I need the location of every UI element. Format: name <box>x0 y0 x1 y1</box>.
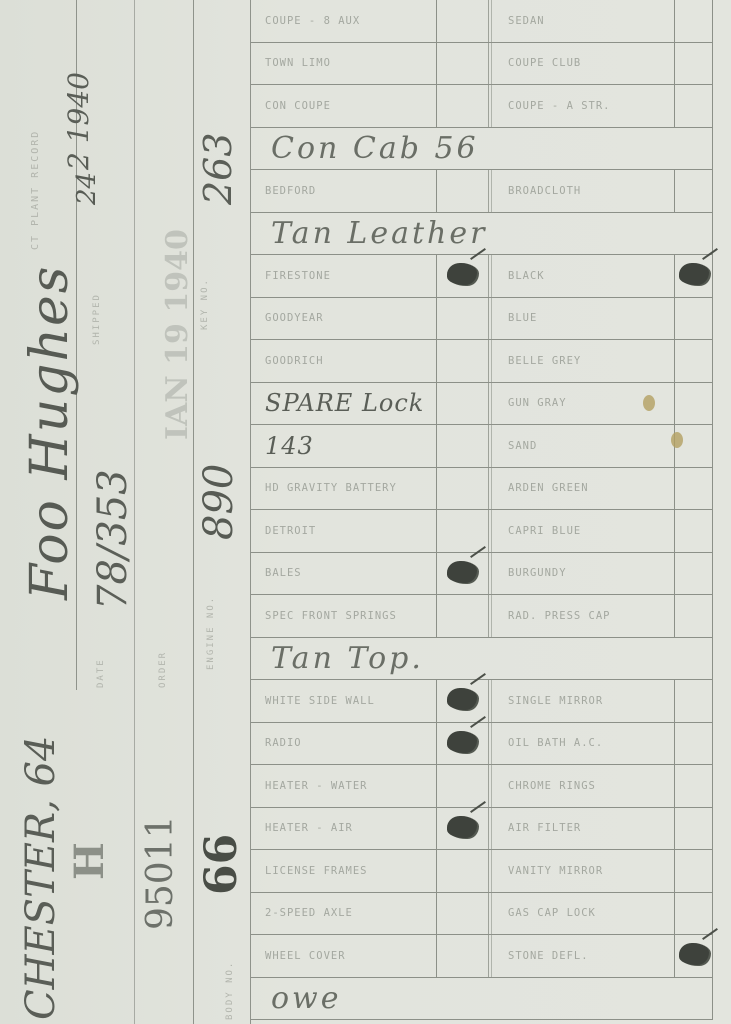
shipped-label: SHIPPED <box>92 293 102 345</box>
right-check-box <box>675 340 713 382</box>
options-grid: COUPE - 8 AUXSEDANTOWN LIMOCOUPE CLUBCON… <box>251 0 715 1024</box>
form-row: 2-SPEED AXLEGAS CAP LOCK <box>251 893 713 936</box>
right-check-box <box>675 638 713 680</box>
form-row: BEDFORDBROADCLOTH <box>251 170 713 213</box>
left-check-box <box>437 723 489 765</box>
right-check-box <box>675 893 713 935</box>
check-mark-icon <box>447 561 477 583</box>
option-label-left: DETROIT <box>251 510 437 552</box>
right-check-box <box>675 935 713 977</box>
left-check-box <box>437 808 489 850</box>
right-check-box <box>675 680 713 722</box>
right-check-box <box>675 723 713 765</box>
option-label-right: CHROME RINGS <box>491 765 675 807</box>
option-label-right: BURGUNDY <box>491 553 675 595</box>
form-row: RADIOOIL BATH A.C. <box>251 723 713 766</box>
option-label-left: BALES <box>251 553 437 595</box>
handwritten-number-d: 66 <box>196 834 247 895</box>
handwritten-number-b: 890 <box>196 464 242 540</box>
option-label-right: SAND <box>491 425 675 467</box>
left-check-box <box>437 425 489 467</box>
handwritten-entry: Tan Top. <box>271 638 424 680</box>
left-check-box <box>437 340 489 382</box>
option-label-left: WHEEL COVER <box>251 935 437 977</box>
right-check-box <box>675 978 713 1020</box>
left-check-box <box>437 255 489 297</box>
handwritten-name: Foo Hughes <box>20 265 80 600</box>
option-label-right: AIR FILTER <box>491 808 675 850</box>
left-check-box <box>437 383 489 425</box>
right-check-box <box>675 468 713 510</box>
right-check-box <box>675 128 713 170</box>
option-label-left: WHITE SIDE WALL <box>251 680 437 722</box>
handwritten-entry: owe <box>271 978 342 1020</box>
form-row: LICENSE FRAMESVANITY MIRROR <box>251 850 713 893</box>
option-label-left: 2-SPEED AXLE <box>251 893 437 935</box>
left-check-box <box>437 510 489 552</box>
left-check-box <box>437 893 489 935</box>
option-label-left: HD GRAVITY BATTERY <box>251 468 437 510</box>
left-check-box <box>437 765 489 807</box>
left-check-box <box>437 43 489 85</box>
option-label-right: BLACK <box>491 255 675 297</box>
left-check-box <box>437 680 489 722</box>
form-row: DETROITCAPRI BLUE <box>251 510 713 553</box>
check-mark-icon <box>447 263 477 285</box>
option-label-right: SINGLE MIRROR <box>491 680 675 722</box>
form-row: GOODYEARBLUE <box>251 298 713 341</box>
option-label-right: BROADCLOTH <box>491 170 675 212</box>
record-card: 2 1940 24 CT PLANT RECORD Foo Hughes 78/… <box>0 0 731 1024</box>
form-row: WHEEL COVERSTONE DEFL. <box>251 935 713 978</box>
option-label-left: CON COUPE <box>251 85 437 127</box>
left-check-box <box>437 850 489 892</box>
check-mark-icon <box>447 731 477 753</box>
form-row: HEATER - WATERCHROME RINGS <box>251 765 713 808</box>
option-label-left: TOWN LIMO <box>251 43 437 85</box>
form-row: SPEC FRONT SPRINGSRAD. PRESS CAP <box>251 595 713 638</box>
option-label-right: COUPE CLUB <box>491 43 675 85</box>
left-check-box <box>437 298 489 340</box>
form-row: WHITE SIDE WALLSINGLE MIRROR <box>251 680 713 723</box>
right-check-box <box>675 298 713 340</box>
option-label-right: OIL BATH A.C. <box>491 723 675 765</box>
option-label-right: ARDEN GREEN <box>491 468 675 510</box>
option-label-left: GOODRICH <box>251 340 437 382</box>
handwritten-option: 143 <box>251 425 437 467</box>
check-mark-icon <box>679 263 709 285</box>
date-label: DATE <box>96 658 106 688</box>
form-row: GOODRICHBELLE GREY <box>251 340 713 383</box>
option-label-right: SEDAN <box>491 0 675 42</box>
option-label-left: GOODYEAR <box>251 298 437 340</box>
stamp-date-mid: IAN 19 1940 <box>160 229 195 440</box>
left-check-box <box>437 0 489 42</box>
form-row: 143SAND <box>251 425 713 468</box>
handwritten-entry: Con Cab 56 <box>271 128 479 170</box>
check-mark-icon <box>679 943 709 965</box>
stamp-date-top: 2 1940 <box>62 72 95 170</box>
handwritten-entry: Tan Leather <box>271 213 487 255</box>
handwritten-dealer: CHESTER, 64 <box>18 736 64 1020</box>
form-row: HD GRAVITY BATTERYARDEN GREEN <box>251 468 713 511</box>
left-check-box <box>437 595 489 637</box>
right-check-box <box>675 808 713 850</box>
option-label-left: COUPE - 8 AUX <box>251 0 437 42</box>
right-check-box <box>675 765 713 807</box>
right-check-box <box>675 595 713 637</box>
right-check-box <box>675 510 713 552</box>
left-check-box <box>437 553 489 595</box>
key-no-label: KEY NO. <box>200 278 210 330</box>
option-label-left: BEDFORD <box>251 170 437 212</box>
serial-number: 95011 <box>140 815 181 930</box>
right-check-box <box>675 170 713 212</box>
form-row: FIRESTONEBLACK <box>251 255 713 298</box>
left-check-box <box>437 85 489 127</box>
form-row: TOWN LIMOCOUPE CLUB <box>251 43 713 86</box>
right-check-box <box>675 553 713 595</box>
form-row: owe <box>251 978 713 1021</box>
stamp-date-day: 24 <box>72 172 102 205</box>
right-check-box <box>675 383 713 425</box>
check-mark-icon <box>447 816 477 838</box>
form-row: BALESBURGUNDY <box>251 553 713 596</box>
paper-stain <box>671 432 683 448</box>
option-label-left: RADIO <box>251 723 437 765</box>
option-label-left: LICENSE FRAMES <box>251 850 437 892</box>
option-label-left: FIRESTONE <box>251 255 437 297</box>
option-label-right: COUPE - A STR. <box>491 85 675 127</box>
option-label-left: SPEC FRONT SPRINGS <box>251 595 437 637</box>
form-row: COUPE - 8 AUXSEDAN <box>251 0 713 43</box>
handwritten-number-a: 78/353 <box>90 469 136 610</box>
option-label-left: HEATER - WATER <box>251 765 437 807</box>
check-mark-icon <box>447 688 477 710</box>
option-label-right: CAPRI BLUE <box>491 510 675 552</box>
right-check-box <box>675 255 713 297</box>
option-label-right: BELLE GREY <box>491 340 675 382</box>
handwritten-option: SPARE Lock <box>251 383 437 425</box>
order-label: ORDER <box>158 651 168 688</box>
form-row: HEATER - AIRAIR FILTER <box>251 808 713 851</box>
left-check-box <box>437 170 489 212</box>
option-label-right: GAS CAP LOCK <box>491 893 675 935</box>
left-check-box <box>437 935 489 977</box>
right-check-box <box>675 0 713 42</box>
option-label-right: RAD. PRESS CAP <box>491 595 675 637</box>
stamp-letter: H <box>66 842 113 880</box>
option-label-right: VANITY MIRROR <box>491 850 675 892</box>
body-no-label: BODY NO. <box>225 961 235 1020</box>
option-label-right: BLUE <box>491 298 675 340</box>
margin-rule <box>193 0 194 1024</box>
right-check-box <box>675 850 713 892</box>
left-check-box <box>437 468 489 510</box>
engine-no-label: ENGINE NO. <box>206 596 216 670</box>
right-check-box <box>675 85 713 127</box>
option-label-left: HEATER - AIR <box>251 808 437 850</box>
form-row: Con Cab 56 <box>251 128 713 171</box>
right-check-box <box>675 43 713 85</box>
option-label-right: STONE DEFL. <box>491 935 675 977</box>
plant-record-header: CT PLANT RECORD <box>30 130 41 250</box>
right-check-box <box>675 213 713 255</box>
handwritten-number-c: 263 <box>196 132 240 205</box>
form-row: CON COUPECOUPE - A STR. <box>251 85 713 128</box>
paper-stain <box>643 395 655 411</box>
